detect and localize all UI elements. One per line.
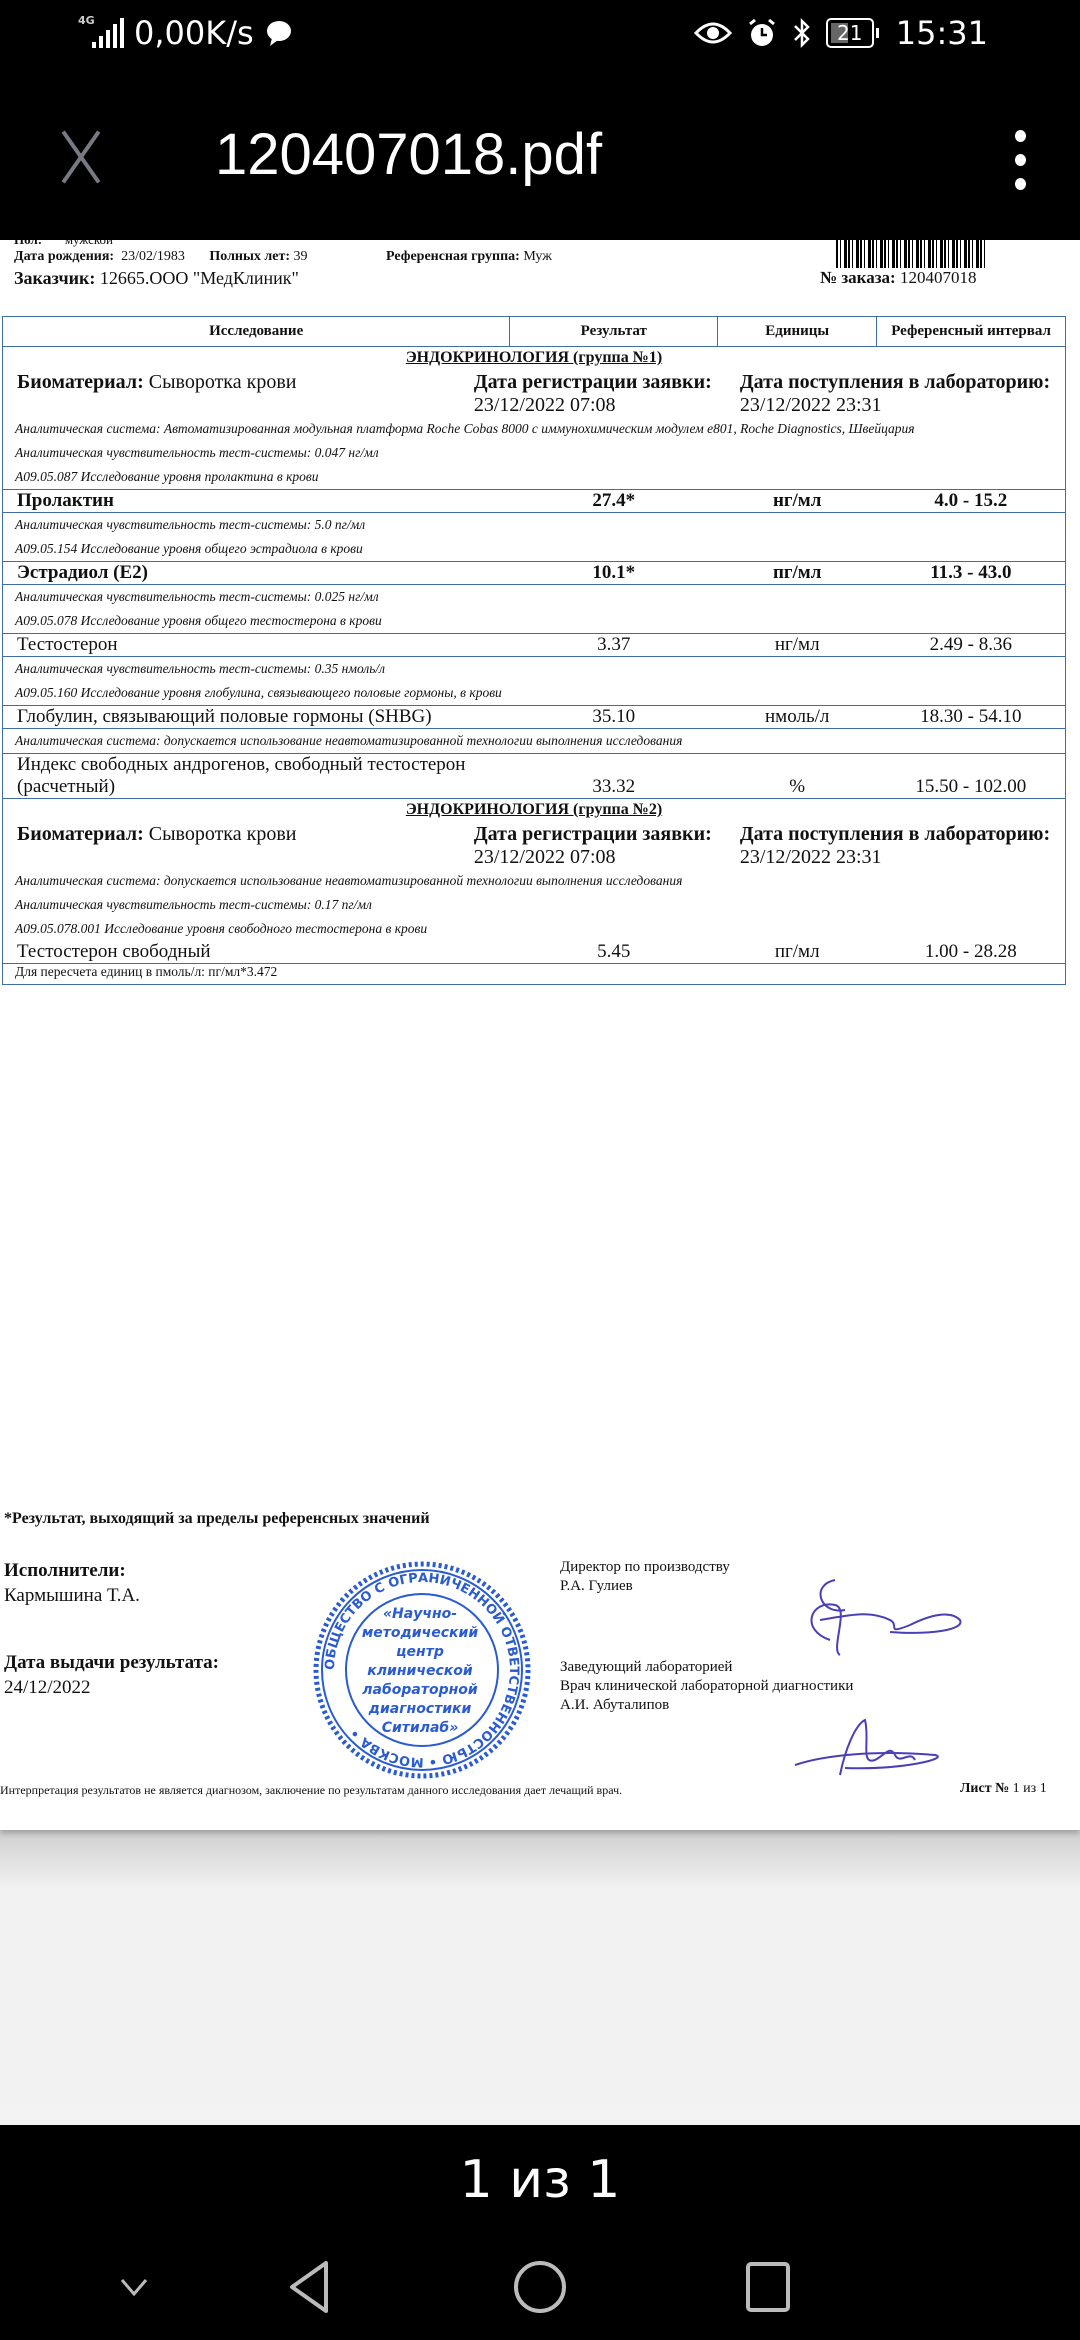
test-row: Тестостерон3.37нг/мл2.49 - 8.36 [3,634,1066,657]
birth-line: Дата рождения: 23/02/1983 Полных лет: 39 [14,249,308,265]
analytic-note: Аналитическая чувствительность тест-сист… [3,657,1066,682]
lab-date: Дата поступления в лабораторию:23/12/202… [740,371,1080,417]
note-row: Аналитическая чувствительность тест-сист… [3,513,1066,538]
test-result: 10.1* [510,562,718,585]
group-title: ЭНДОКРИНОЛОГИЯ (группа №2) [3,799,1066,820]
hide-nav-icon[interactable] [104,2257,164,2317]
disclaimer: Интерпретация результатов не является ди… [0,1783,622,1798]
executor-name: Кармышина Т.А. [4,1585,140,1607]
analytic-note: Аналитическая система: допускается испол… [3,869,1066,893]
note-row: Аналитическая чувствительность тест-сист… [3,585,1066,610]
test-name: Тестостерон свободный [3,941,510,964]
test-range: 18.30 - 54.10 [877,706,1066,729]
analytic-note: Аналитическая чувствительность тест-сист… [3,513,1066,538]
app-bar: 120407018.pdf [0,75,1080,240]
test-range: 2.49 - 8.36 [877,634,1066,657]
group-meta-row: Биоматериал: Сыворотка кровиДата регистр… [3,819,1066,869]
analytic-note: A09.05.078.001 Исследование уровня свобо… [3,917,1066,941]
network-speed: 0,00K/s [134,14,254,52]
sex-line: Пол: мужской [14,240,113,248]
signal-icon: 4G [78,18,124,48]
test-result: 35.10 [510,706,718,729]
navigation-bar [0,2235,1080,2340]
order-number: № заказа: 120407018 [820,268,976,288]
test-name: Глобулин, связывающий половые гормоны (S… [3,706,510,729]
note-row: Аналитическая система: допускается испол… [3,869,1066,893]
test-row: Эстрадиол (Е2)10.1*пг/мл11.3 - 43.0 [3,562,1066,585]
pdf-viewer[interactable]: Пол: мужской Дата рождения: 23/02/1983 П… [0,240,1080,2125]
close-icon[interactable] [55,130,107,182]
pdf-page: Пол: мужской Дата рождения: 23/02/1983 П… [0,240,1080,1830]
biomaterial: Биоматериал: Сыворотка крови [3,819,510,869]
registration-date: Дата регистрации заявки:23/12/2022 07:08… [510,819,877,869]
note-row: Аналитическая чувствительность тест-сист… [3,657,1066,682]
lab-head-signature [785,1710,955,1785]
test-units: пг/мл [718,941,877,964]
director-block: Директор по производству Р.А. Гулиев [560,1558,730,1596]
test-range: 15.50 - 102.00 [877,754,1066,799]
test-range: 1.00 - 28.28 [877,941,1066,964]
registration-date: Дата регистрации заявки:23/12/2022 07:08… [510,367,877,417]
note-row: A09.05.078.001 Исследование уровня свобо… [3,917,1066,941]
note-row: Аналитическая чувствительность тест-сист… [3,441,1066,465]
group-title-row: ЭНДОКРИНОЛОГИЯ (группа №1) [3,347,1066,368]
test-range: 4.0 - 15.2 [877,490,1066,513]
executors-label: Исполнители: [4,1560,126,1582]
test-result: 5.45 [510,941,718,964]
analytic-note: A09.05.087 Исследование уровня пролактин… [3,465,1066,490]
home-icon[interactable] [510,2257,570,2317]
status-bar: 4G 0,00K/s 21 15:31 [0,0,1080,75]
note-row: A09.05.087 Исследование уровня пролактин… [3,465,1066,490]
test-row: Тестостерон свободный5.45пг/мл1.00 - 28.… [3,941,1066,964]
document-title: 120407018.pdf [215,121,602,188]
analytic-note: Аналитическая система: Автоматизированна… [3,417,1066,441]
test-name: Тестостерон [3,634,510,657]
sheet-number: Лист № 1 из 1 [960,1781,1047,1797]
test-name: Индекс свободных андрогенов, свободный т… [3,754,510,799]
analytic-note: Аналитическая чувствительность тест-сист… [3,893,1066,917]
col-study: Исследование [3,317,510,347]
stamp-text: «Научно-методический центр клинической л… [345,1605,495,1738]
barcode [836,240,988,268]
lab-date: Дата поступления в лабораторию:23/12/202… [740,823,1080,869]
test-range: 11.3 - 43.0 [877,562,1066,585]
test-units: нг/мл [718,634,877,657]
note-row: Аналитическая система: допускается испол… [3,729,1066,754]
bluetooth-icon [792,17,812,49]
col-result: Результат [510,317,718,347]
recents-icon[interactable] [738,2257,798,2317]
note-row: A09.05.154 Исследование уровня общего эс… [3,537,1066,562]
test-result: 3.37 [510,634,718,657]
analytic-note: Аналитическая чувствительность тест-сист… [3,441,1066,465]
table-header: Исследование Результат Единицы Референсн… [3,317,1066,347]
clock: 15:31 [896,14,988,52]
message-icon [264,18,294,48]
out-of-range-note: *Результат, выходящий за пределы референ… [4,1510,430,1528]
test-row: Индекс свободных андрогенов, свободный т… [3,754,1066,799]
analytic-note: Аналитическая система: допускается испол… [3,729,1066,754]
biomaterial: Биоматериал: Сыворотка крови [3,367,510,417]
analytic-note: A09.05.078 Исследование уровня общего те… [3,609,1066,634]
test-row: Глобулин, связывающий половые гормоны (S… [3,706,1066,729]
group-meta-row: Биоматериал: Сыворотка кровиДата регистр… [3,367,1066,417]
customer: Заказчик: 12665.ООО "МедКлиник" [14,268,299,289]
network-type: 4G [78,14,95,27]
ref-group: Референсная группа: Муж [386,249,552,265]
test-result: 27.4* [510,490,718,513]
col-units: Единицы [718,317,877,347]
test-units: % [718,754,877,799]
test-units: пг/мл [718,562,877,585]
analytic-note: A09.05.154 Исследование уровня общего эс… [3,537,1066,562]
analytic-note: A09.05.160 Исследование уровня глобулина… [3,681,1066,706]
test-result: 33.32 [510,754,718,799]
test-row: Пролактин27.4*нг/мл4.0 - 15.2 [3,490,1066,513]
results-table: Исследование Результат Единицы Референсн… [2,316,1066,985]
note-row: A09.05.160 Исследование уровня глобулина… [3,681,1066,706]
issue-date: 24/12/2022 [4,1677,91,1699]
lab-head-block: Заведующий лабораторией Врач клинической… [560,1658,853,1715]
group-title-row: ЭНДОКРИНОЛОГИЯ (группа №2) [3,799,1066,820]
note-row: Аналитическая система: Автоматизированна… [3,417,1066,441]
director-signature [790,1570,970,1660]
back-icon[interactable] [279,2257,339,2317]
analytic-note: Аналитическая чувствительность тест-сист… [3,585,1066,610]
footnote-row: Для пересчета единиц в пмоль/л: пг/мл*3.… [3,964,1066,985]
group-title: ЭНДОКРИНОЛОГИЯ (группа №1) [3,347,1066,368]
alarm-icon [746,17,778,49]
eye-comfort-icon [694,18,732,48]
issue-date-label: Дата выдачи результата: [4,1652,219,1674]
note-row: A09.05.078 Исследование уровня общего те… [3,609,1066,634]
battery-icon: 21 [826,18,874,48]
page-indicator: 1 из 1 [0,2125,1080,2235]
test-units: нг/мл [718,490,877,513]
more-vert-icon[interactable] [1010,130,1030,190]
note-row: Аналитическая чувствительность тест-сист… [3,893,1066,917]
col-range: Референсный интервал [877,317,1066,347]
test-units: нмоль/л [718,706,877,729]
test-name: Пролактин [3,490,510,513]
unit-conversion-note: Для пересчета единиц в пмоль/л: пг/мл*3.… [3,964,1066,985]
test-name: Эстрадиол (Е2) [3,562,510,585]
